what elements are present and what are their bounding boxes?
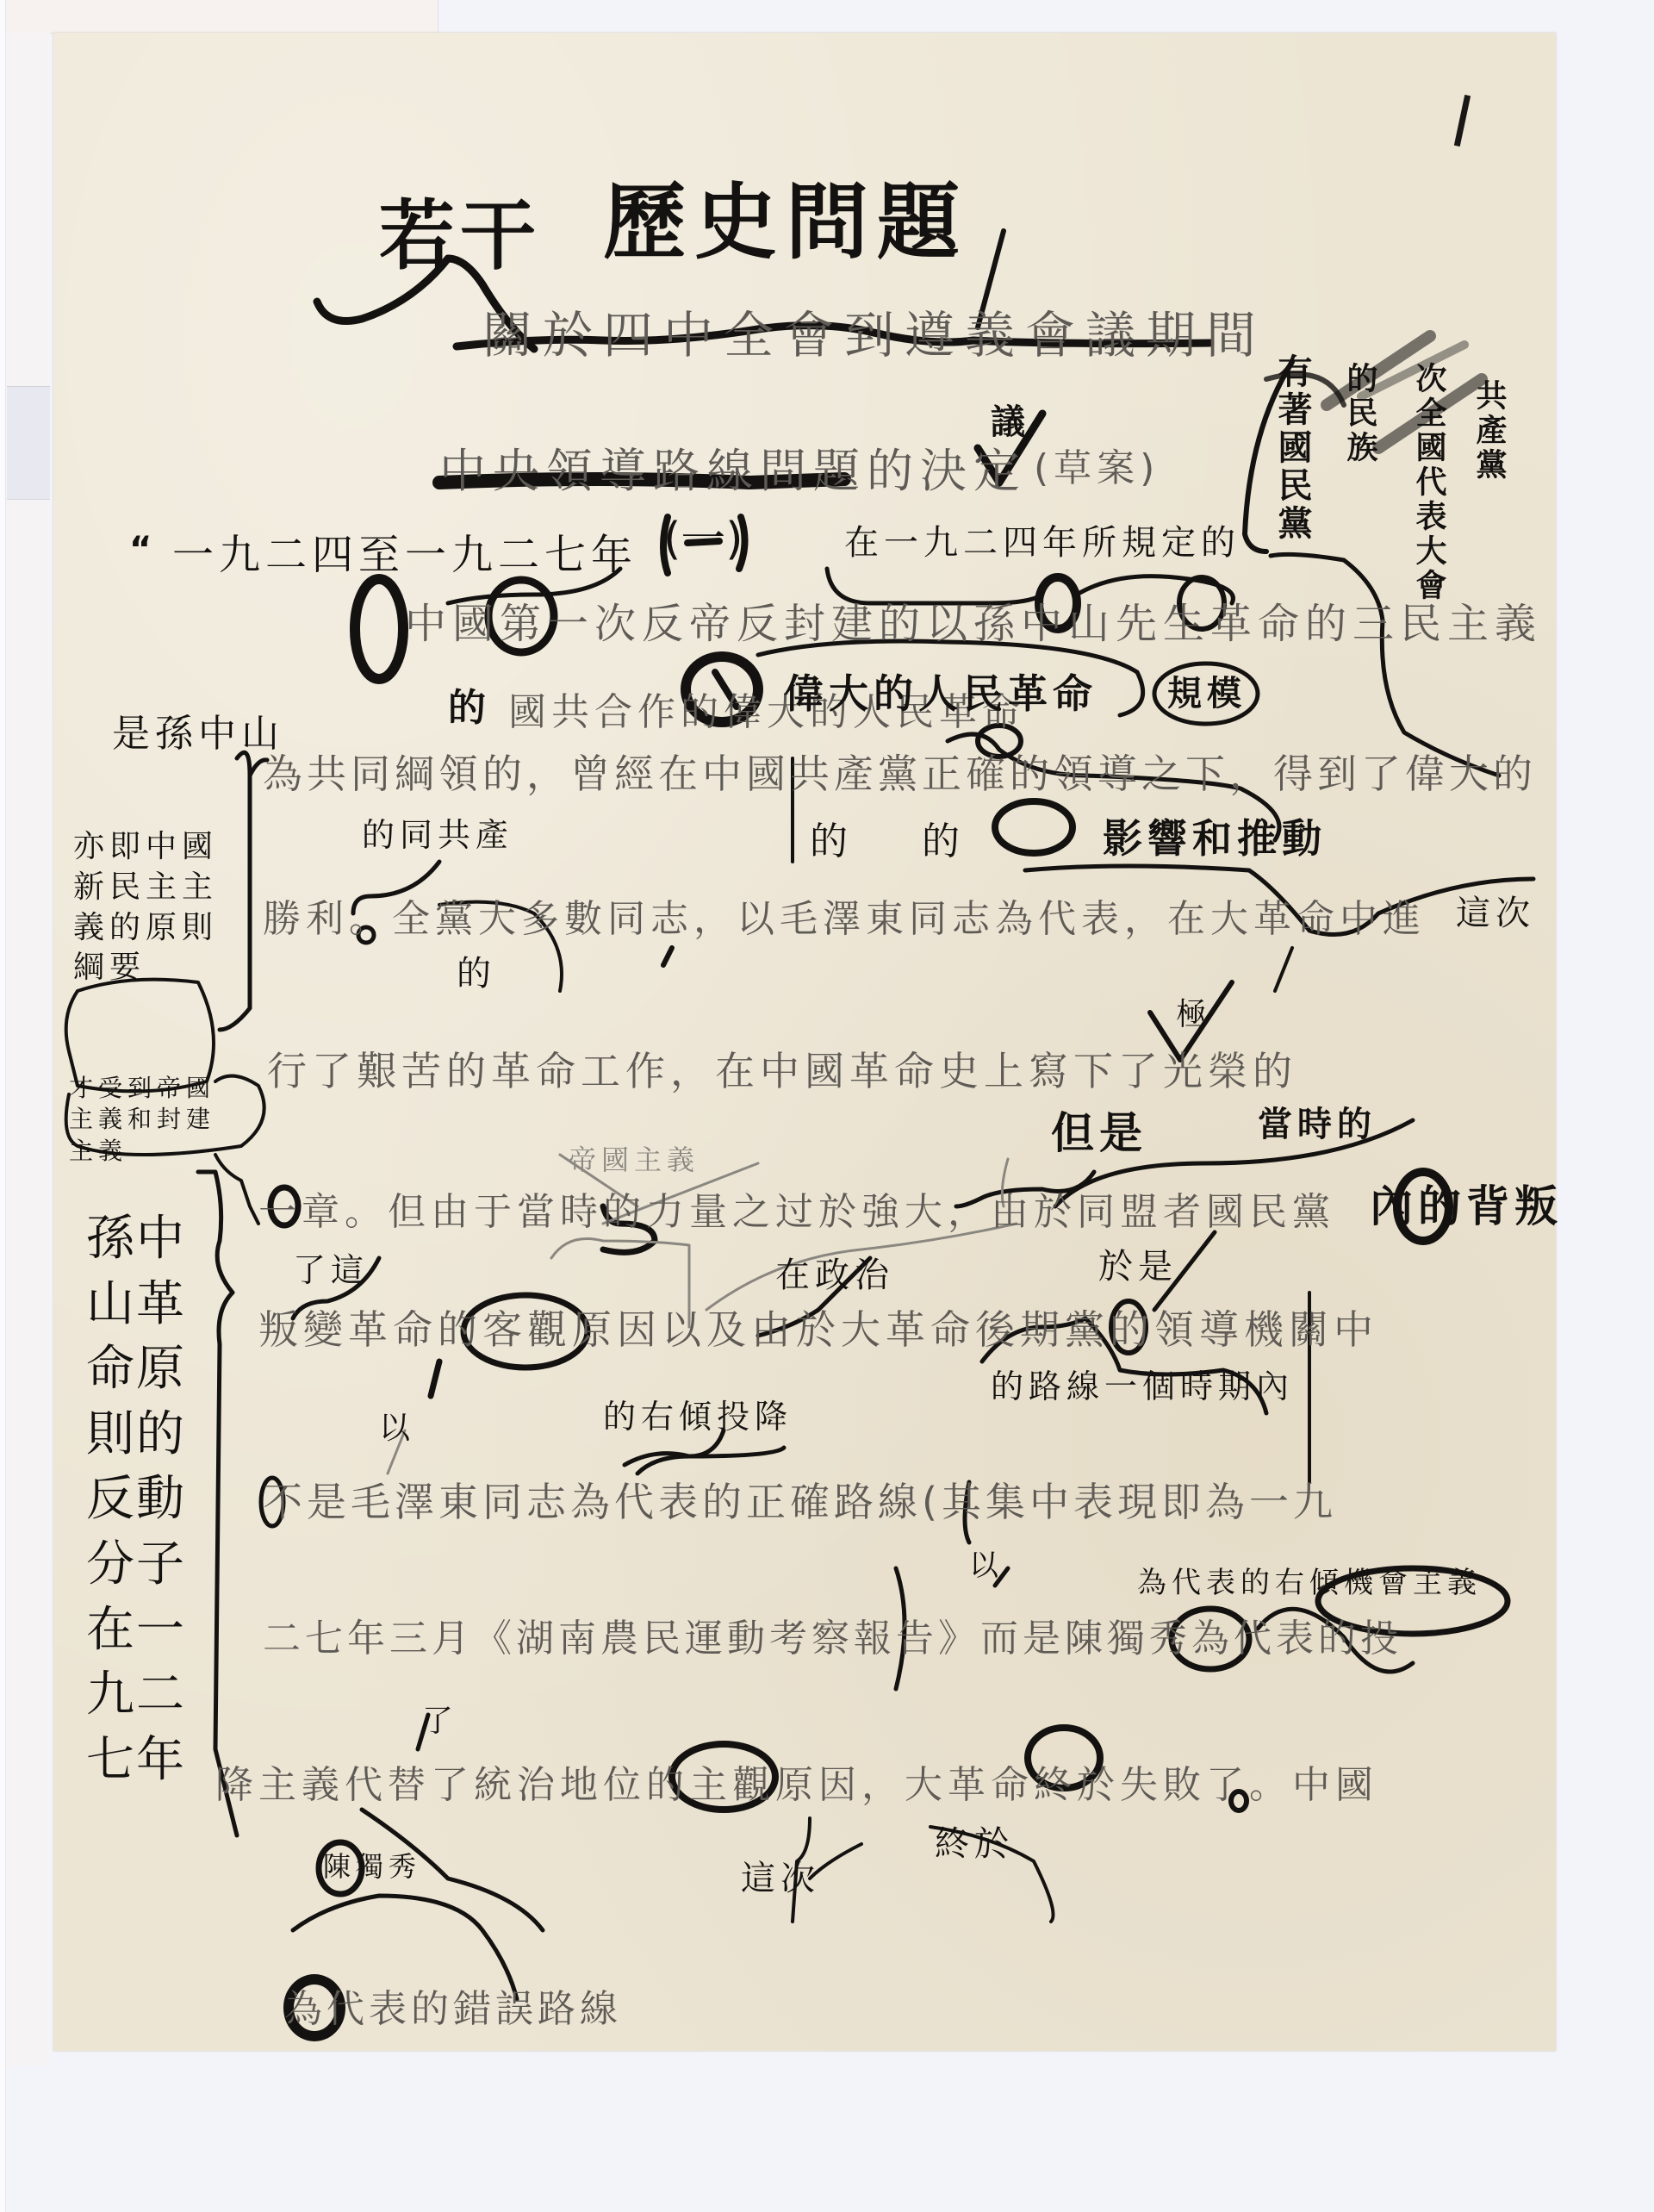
line-1-insert-above: 在一九二四年所規定的 (844, 526, 1240, 560)
title-struck-line-2: 中央領導路線問題的決定 (439, 448, 1027, 495)
line-7-below-insert-2: 的路線一個時期內 (991, 1370, 1294, 1403)
line-10-insert-above: 了 (422, 1706, 458, 1737)
line-6-insert-time: 當時的 (1258, 1107, 1377, 1142)
body-line-5: 行了艱苦的革命工作，在中國革命史上寫下了光榮的 (267, 1051, 1297, 1091)
line-10-below-insert-2: 終於 (935, 1827, 1014, 1861)
left-margin-note-2: 亦即中國新民主主義的原則綱要 (73, 827, 228, 988)
left-margin-note-3: 才受到帝國主義和封建主義 (69, 1073, 241, 1167)
line-3-below-insert-1: 的 (810, 823, 853, 861)
line-7-insert-2: 在政治 (775, 1258, 894, 1293)
line-3-black-insert: 影響和推動 (1103, 819, 1327, 858)
body-line-6: 一章。但由于當時的力量之过於強大，由於同盟者國民黨 (258, 1193, 1335, 1231)
line-7-below-insert-1: 的右傾投降 (603, 1400, 793, 1433)
line-5-insert-above: 極 (1176, 1000, 1212, 1031)
line-6-insert-but: 但是 (1051, 1112, 1147, 1155)
backing-sheet-top (7, 0, 438, 34)
title-revised-prefix: 若干 (379, 198, 541, 274)
title-struck-line-1: 關於四中全會到遵義會議期間 (482, 310, 1266, 360)
line-10-below-insert-1: 這次 (741, 1861, 820, 1896)
line-4-below-insert: 的 (457, 956, 496, 991)
body-line-8: 不是毛澤東同志為代表的正確路線(其集中表現即為一九 (263, 1482, 1337, 1522)
scan-left-edge (0, 0, 6, 2212)
line-2-prefix: 的 (448, 689, 491, 727)
title-revised-main: 歷史問題 (603, 181, 968, 264)
body-line-3: 為共同綱領的，曾經在中國共產黨正確的領導之下，得到了偉大的 (263, 754, 1537, 794)
draft-marker: (草案) (1034, 450, 1160, 488)
title-insertion-yi: 議 (991, 405, 1030, 439)
tape-strip (7, 386, 50, 500)
backing-sheet-left (7, 33, 50, 2066)
body-line-1: 中國第一次反帝反封建的以孫中山先生革命的三民主義 (405, 603, 1542, 645)
line-9-insert-1: 以 (969, 1551, 1004, 1580)
left-margin-note-4: 孫中山革命原則的反動分子在一九二七年 (86, 1206, 215, 1792)
line-6-pencil-insert: 帝國主義 (569, 1146, 700, 1174)
body-line-9: 二七年三月《湖南農民運動考察報告》而是陳獨秀為代表的投 (263, 1620, 1402, 1658)
right-margin-note-3: 次全國代表大會 (1413, 362, 1444, 724)
heading-marker: (一) (663, 517, 743, 562)
right-margin-note-1: 有著國民黨 (1275, 353, 1309, 577)
line-2-overwrite: 偉大的人民革命 (784, 674, 1097, 713)
line-7-insert-1: 了這 (293, 1254, 369, 1287)
left-margin-note-1: 是孫中山 (112, 715, 284, 753)
line-4-right-insert: 這次 (1456, 896, 1535, 931)
heading-prefix-mark: “ (129, 533, 152, 567)
line-9-insert-2: 為代表的右傾機會主義 (1137, 1568, 1482, 1598)
body-line-11: 為代表的錯誤路線 (284, 1991, 622, 2028)
right-margin-note-2: 的民族 (1344, 362, 1375, 577)
line-8-insert-above: 以 (379, 1413, 415, 1444)
body-line-7: 叛變革命的客觀原因以及由於大革命後期黨的領導機關中 (258, 1310, 1378, 1349)
line-7-insert-3: 於是 (1098, 1249, 1178, 1284)
line-3-below-insert-2: 的 (922, 823, 965, 861)
body-line-10: 降主義代替了統治地位的主觀原因，大革命終於失敗了。中國 (215, 1766, 1378, 1804)
body-line-4: 勝利。全黨大多數同志，以毛澤東同志為代表，在大革命中進 (263, 900, 1426, 938)
line-6-black-end: 內的背叛 (1370, 1185, 1563, 1228)
line-2-insert-right: 規模 (1167, 676, 1247, 711)
line-4-insert-above: 的同共產 (362, 819, 513, 851)
heading-period: 一九二四至一九二七年 (172, 534, 637, 576)
bottom-note-circled: 陳獨秀 (323, 1853, 421, 1880)
